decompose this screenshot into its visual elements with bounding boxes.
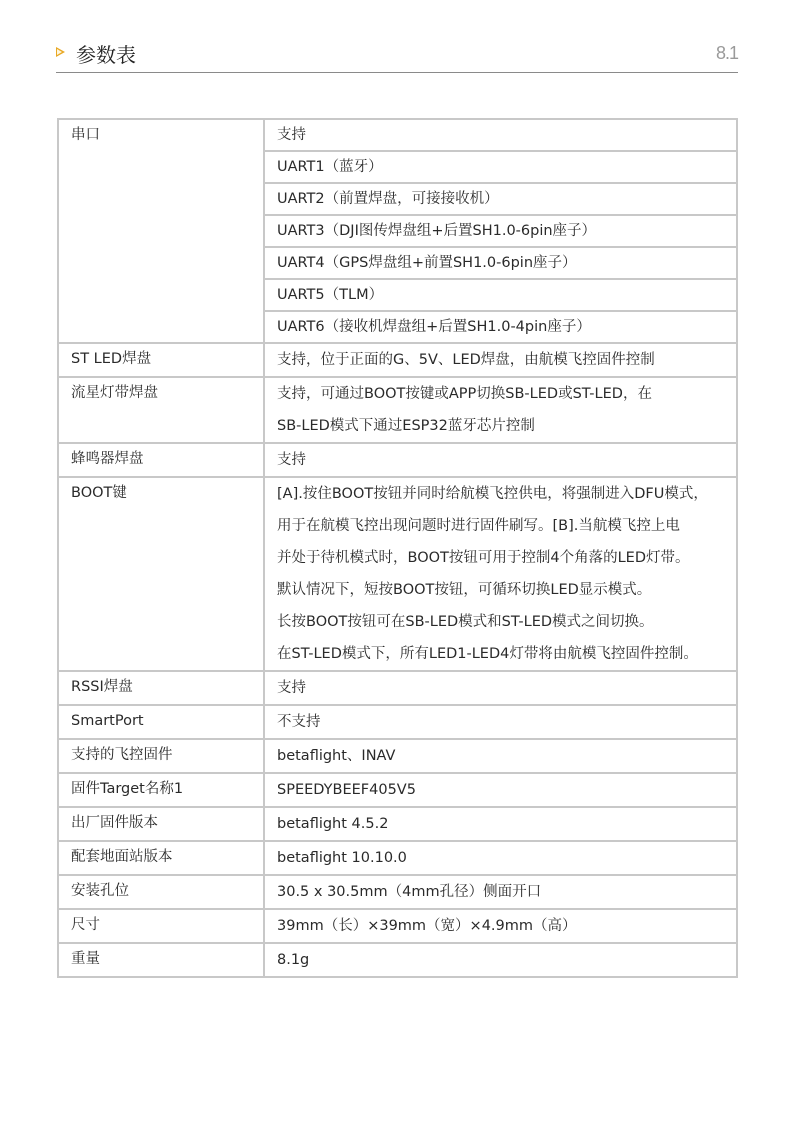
row-label: SmartPort [58,705,264,739]
row-value: [A].按住BOOT按钮并同时给航模飞控供电，将强制进入DFU模式， 用于在航模… [264,477,737,671]
table-row: BOOT键 [A].按住BOOT按钮并同时给航模飞控供电，将强制进入DFU模式，… [58,477,737,671]
value-line: 30.5 x 30.5mm（4mm孔径）侧面开口 [277,876,724,908]
row-value: betaflight 10.10.0 [264,841,737,875]
table-row: 重量 8.1g [58,943,737,977]
row-value: 不支持 [264,705,737,739]
table-row: ST LED焊盘 支持，位于正面的G、5V、LED焊盘，由航模飞控固件控制 [58,343,737,377]
triangle-bullet-inner-icon [57,49,62,55]
table-row: 固件Target名称1 SPEEDYBEEF405V5 [58,773,737,807]
table-row: 流星灯带焊盘 支持，可通过BOOT按键或APP切换SB-LED或ST-LED，在… [58,377,737,443]
row-value: 39mm（长）×39mm（宽）×4.9mm（高） [264,909,737,943]
value-line: 支持 [277,672,724,704]
row-value: 30.5 x 30.5mm（4mm孔径）侧面开口 [264,875,737,909]
value-line: 8.1g [277,944,724,976]
row-label: 尺寸 [58,909,264,943]
table-row: SmartPort 不支持 [58,705,737,739]
section-title: 参数表 [76,39,136,68]
row-value: UART2（前置焊盘，可接接收机） [264,183,737,215]
row-label: BOOT键 [58,477,264,671]
row-value: betaflight 4.5.2 [264,807,737,841]
value-line: betaflight 4.5.2 [277,808,724,840]
table-row: RSSI焊盘 支持 [58,671,737,705]
value-line: 长按BOOT按钮可在SB-LED模式和ST-LED模式之间切换。 [277,606,724,638]
value-line: 支持 [277,444,724,476]
value-line: SPEEDYBEEF405V5 [277,774,724,806]
spec-table: 串口 支持 UART1（蓝牙） UART2（前置焊盘，可接接收机） UART3（… [57,118,738,978]
table-row: 尺寸 39mm（长）×39mm（宽）×4.9mm（高） [58,909,737,943]
value-line: betaflight、INAV [277,740,724,772]
value-line: 39mm（长）×39mm（宽）×4.9mm（高） [277,910,724,942]
row-label: 出厂固件版本 [58,807,264,841]
row-value: 8.1g [264,943,737,977]
row-value: 支持，可通过BOOT按键或APP切换SB-LED或ST-LED，在 SB-LED… [264,377,737,443]
table-row: 配套地面站版本 betaflight 10.10.0 [58,841,737,875]
row-label: ST LED焊盘 [58,343,264,377]
section-header: 参数表 8.1 [56,38,738,73]
row-label: 配套地面站版本 [58,841,264,875]
row-label: RSSI焊盘 [58,671,264,705]
row-label: 串口 [58,119,264,343]
row-label: 固件Target名称1 [58,773,264,807]
value-line: 支持，位于正面的G、5V、LED焊盘，由航模飞控固件控制 [277,344,724,376]
value-line: SB-LED模式下通过ESP32蓝牙芯片控制 [277,410,724,442]
value-line: 支持，可通过BOOT按键或APP切换SB-LED或ST-LED，在 [277,378,724,410]
row-value: UART3（DJI图传焊盘组+后置SH1.0-6pin座子） [264,215,737,247]
value-line: [A].按住BOOT按钮并同时给航模飞控供电，将强制进入DFU模式， [277,478,724,510]
row-value: SPEEDYBEEF405V5 [264,773,737,807]
row-value: 支持 [264,671,737,705]
row-label: 安装孔位 [58,875,264,909]
row-value: 支持 [264,119,737,151]
row-label: 蜂鸣器焊盘 [58,443,264,477]
value-line: 不支持 [277,706,724,738]
row-label: 支持的飞控固件 [58,739,264,773]
row-label: 重量 [58,943,264,977]
value-line: 在ST-LED模式下，所有LED1-LED4灯带将由航模飞控固件控制。 [277,638,724,670]
row-value: UART5（TLM） [264,279,737,311]
row-value: UART4（GPS焊盘组+前置SH1.0-6pin座子） [264,247,737,279]
table-row: 出厂固件版本 betaflight 4.5.2 [58,807,737,841]
row-value: 支持，位于正面的G、5V、LED焊盘，由航模飞控固件控制 [264,343,737,377]
row-value: UART1（蓝牙） [264,151,737,183]
table-row-serial: 串口 支持 [58,119,737,151]
value-line: betaflight 10.10.0 [277,842,724,874]
page-number: 8.1 [716,43,738,64]
row-value: UART6（接收机焊盘组+后置SH1.0-4pin座子） [264,311,737,343]
row-value: betaflight、INAV [264,739,737,773]
value-line: 默认情况下，短按BOOT按钮，可循环切换LED显示模式。 [277,574,724,606]
value-line: 并处于待机模式时，BOOT按钮可用于控制4个角落的LED灯带。 [277,542,724,574]
table-row: 蜂鸣器焊盘 支持 [58,443,737,477]
table-row: 安装孔位 30.5 x 30.5mm（4mm孔径）侧面开口 [58,875,737,909]
table-row: 支持的飞控固件 betaflight、INAV [58,739,737,773]
row-label: 流星灯带焊盘 [58,377,264,443]
row-value: 支持 [264,443,737,477]
value-line: 用于在航模飞控出现问题时进行固件刷写。[B].当航模飞控上电 [277,510,724,542]
